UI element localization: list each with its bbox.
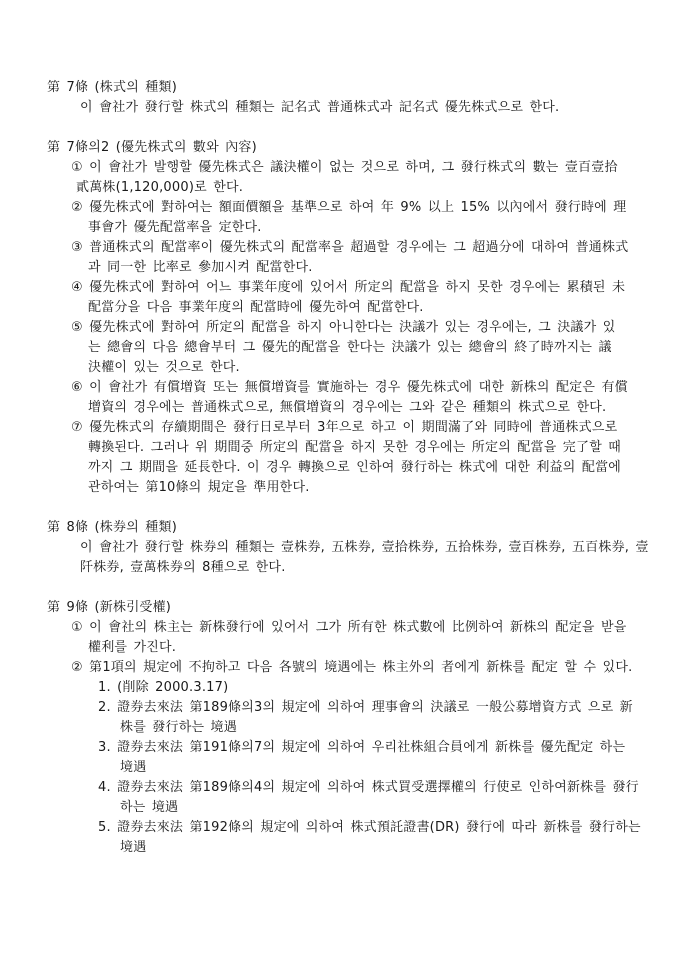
- text-line: 2. 證券去來法 第189條의3의 規定에 의하여 理事會의 決議로 一般公募增…: [0, 698, 680, 718]
- spacer: [0, 118, 680, 138]
- article-7-2: 第 7條의2 (優先株式의 數와 內容) ① 이 會社가 발행할 優先株式은 議…: [0, 138, 680, 498]
- text-line: ⑤ 優先株式에 對하여 所定의 配當을 하지 아니한다는 決議가 있는 경우에는…: [0, 318, 680, 338]
- article-9: 第 9條 (新株引受權) ① 이 會社의 株主는 新株發行에 있어서 그가 所有…: [0, 598, 680, 858]
- text-line: 3. 證券去來法 第191條의7의 規定에 의하여 우리社株組合員에게 新株를 …: [0, 738, 680, 758]
- text-line: 5. 證券去來法 第192條의 規定에 의하여 株式預託證書(DR) 發行에 따…: [0, 818, 680, 838]
- article-7: 第 7條 (株式의 種類) 이 會社가 發行할 株式의 種類는 記名式 普通株式…: [0, 78, 680, 118]
- article-7-2-heading: 第 7條의2 (優先株式의 數와 內容): [0, 138, 680, 158]
- text-line: 增資의 경우에는 普通株式으로, 無償增資의 경우에는 그와 같은 種類의 株式…: [0, 398, 680, 418]
- text-line: ③ 普通株式의 配當率이 優先株式의 配當率을 超過할 경우에는 그 超過分에 …: [0, 238, 680, 258]
- text-line: ② 優先株式에 對하여는 額面價額을 基準으로 하여 年 9% 以上 15% 以…: [0, 198, 680, 218]
- article-8: 第 8條 (株券의 種類) 이 會社가 發行할 株券의 種類는 壹株券, 五株券…: [0, 518, 680, 578]
- text-line: 하는 境遇: [0, 798, 680, 818]
- document-page: 第 7條 (株式의 種類) 이 會社가 發行할 株式의 種類는 記名式 普通株式…: [0, 0, 680, 962]
- spacer: [0, 578, 680, 598]
- text-line: 관하여는 第10條의 規定을 準用한다.: [0, 478, 680, 498]
- text-line: 境遇: [0, 838, 680, 858]
- spacer: [0, 498, 680, 518]
- article-7-heading: 第 7條 (株式의 種類): [0, 78, 680, 98]
- text-line: 阡株券, 壹萬株券의 8種으로 한다.: [0, 558, 680, 578]
- text-line: 이 會社가 發行할 株式의 種類는 記名式 普通株式과 記名式 優先株式으로 한…: [0, 98, 680, 118]
- text-line: 까지 그 期間을 延長한다. 이 경우 轉換으로 인하여 發行하는 株式에 대한…: [0, 458, 680, 478]
- text-line: 4. 證券去來法 第189條의4의 規定에 의하여 株式買受選擇權의 行使로 인…: [0, 778, 680, 798]
- text-line: ② 第1項의 規定에 不拘하고 다음 各號의 境遇에는 株主外의 者에게 新株를…: [0, 658, 680, 678]
- text-line: 事會가 優先配當率을 定한다.: [0, 218, 680, 238]
- text-line: 는 總會의 다음 總會부터 그 優先的配當을 한다는 決議가 있는 總會의 終了…: [0, 338, 680, 358]
- article-8-heading: 第 8條 (株券의 種類): [0, 518, 680, 538]
- text-line: 轉換된다. 그러나 위 期間중 所定의 配當을 하지 못한 경우에는 所定의 配…: [0, 438, 680, 458]
- text-line: ④ 優先株式에 對하여 어느 事業年度에 있어서 所定의 配當을 하지 못한 경…: [0, 278, 680, 298]
- text-line: 境遇: [0, 758, 680, 778]
- text-line: ① 이 會社의 株主는 新株發行에 있어서 그가 所有한 株式數에 比例하여 新…: [0, 618, 680, 638]
- text-line: ⑥ 이 會社가 有償增資 또는 無償增資를 實施하는 경우 優先株式에 대한 新…: [0, 378, 680, 398]
- text-line: 株를 發行하는 境遇: [0, 718, 680, 738]
- text-line: 1. (削除 2000.3.17): [0, 678, 680, 698]
- text-line: 權利를 가진다.: [0, 638, 680, 658]
- text-line: 이 會社가 發行할 株券의 種類는 壹株券, 五株券, 壹拾株券, 五拾株券, …: [0, 538, 680, 558]
- text-line: 貳萬株(1,120,000)로 한다.: [0, 178, 680, 198]
- text-line: 과 同一한 比率로 參加시켜 配當한다.: [0, 258, 680, 278]
- text-line: 決權이 있는 것으로 한다.: [0, 358, 680, 378]
- text-line: ① 이 會社가 발행할 優先株式은 議決權이 없는 것으로 하며, 그 發行株式…: [0, 158, 680, 178]
- article-9-heading: 第 9條 (新株引受權): [0, 598, 680, 618]
- text-line: ⑦ 優先株式의 存續期間은 發行日로부터 3年으로 하고 이 期間滿了와 同時에…: [0, 418, 680, 438]
- text-line: 配當分을 다음 事業年度의 配當時에 優先하여 配當한다.: [0, 298, 680, 318]
